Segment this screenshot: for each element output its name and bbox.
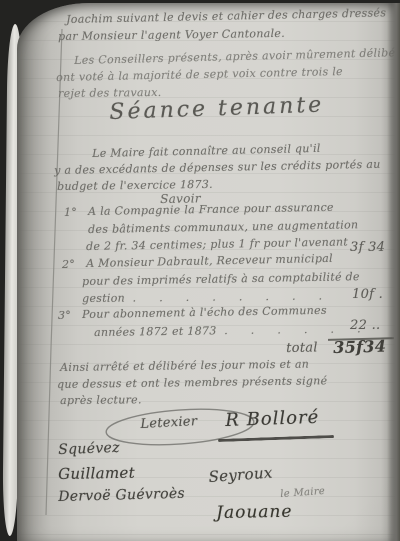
manuscript-page: Joachim suivant le devis et cahier des c… — [17, 3, 400, 541]
photo-vignette — [17, 3, 400, 541]
page-edge-shadow — [387, 3, 400, 541]
register-photo: Joachim suivant le devis et cahier des c… — [0, 0, 400, 541]
